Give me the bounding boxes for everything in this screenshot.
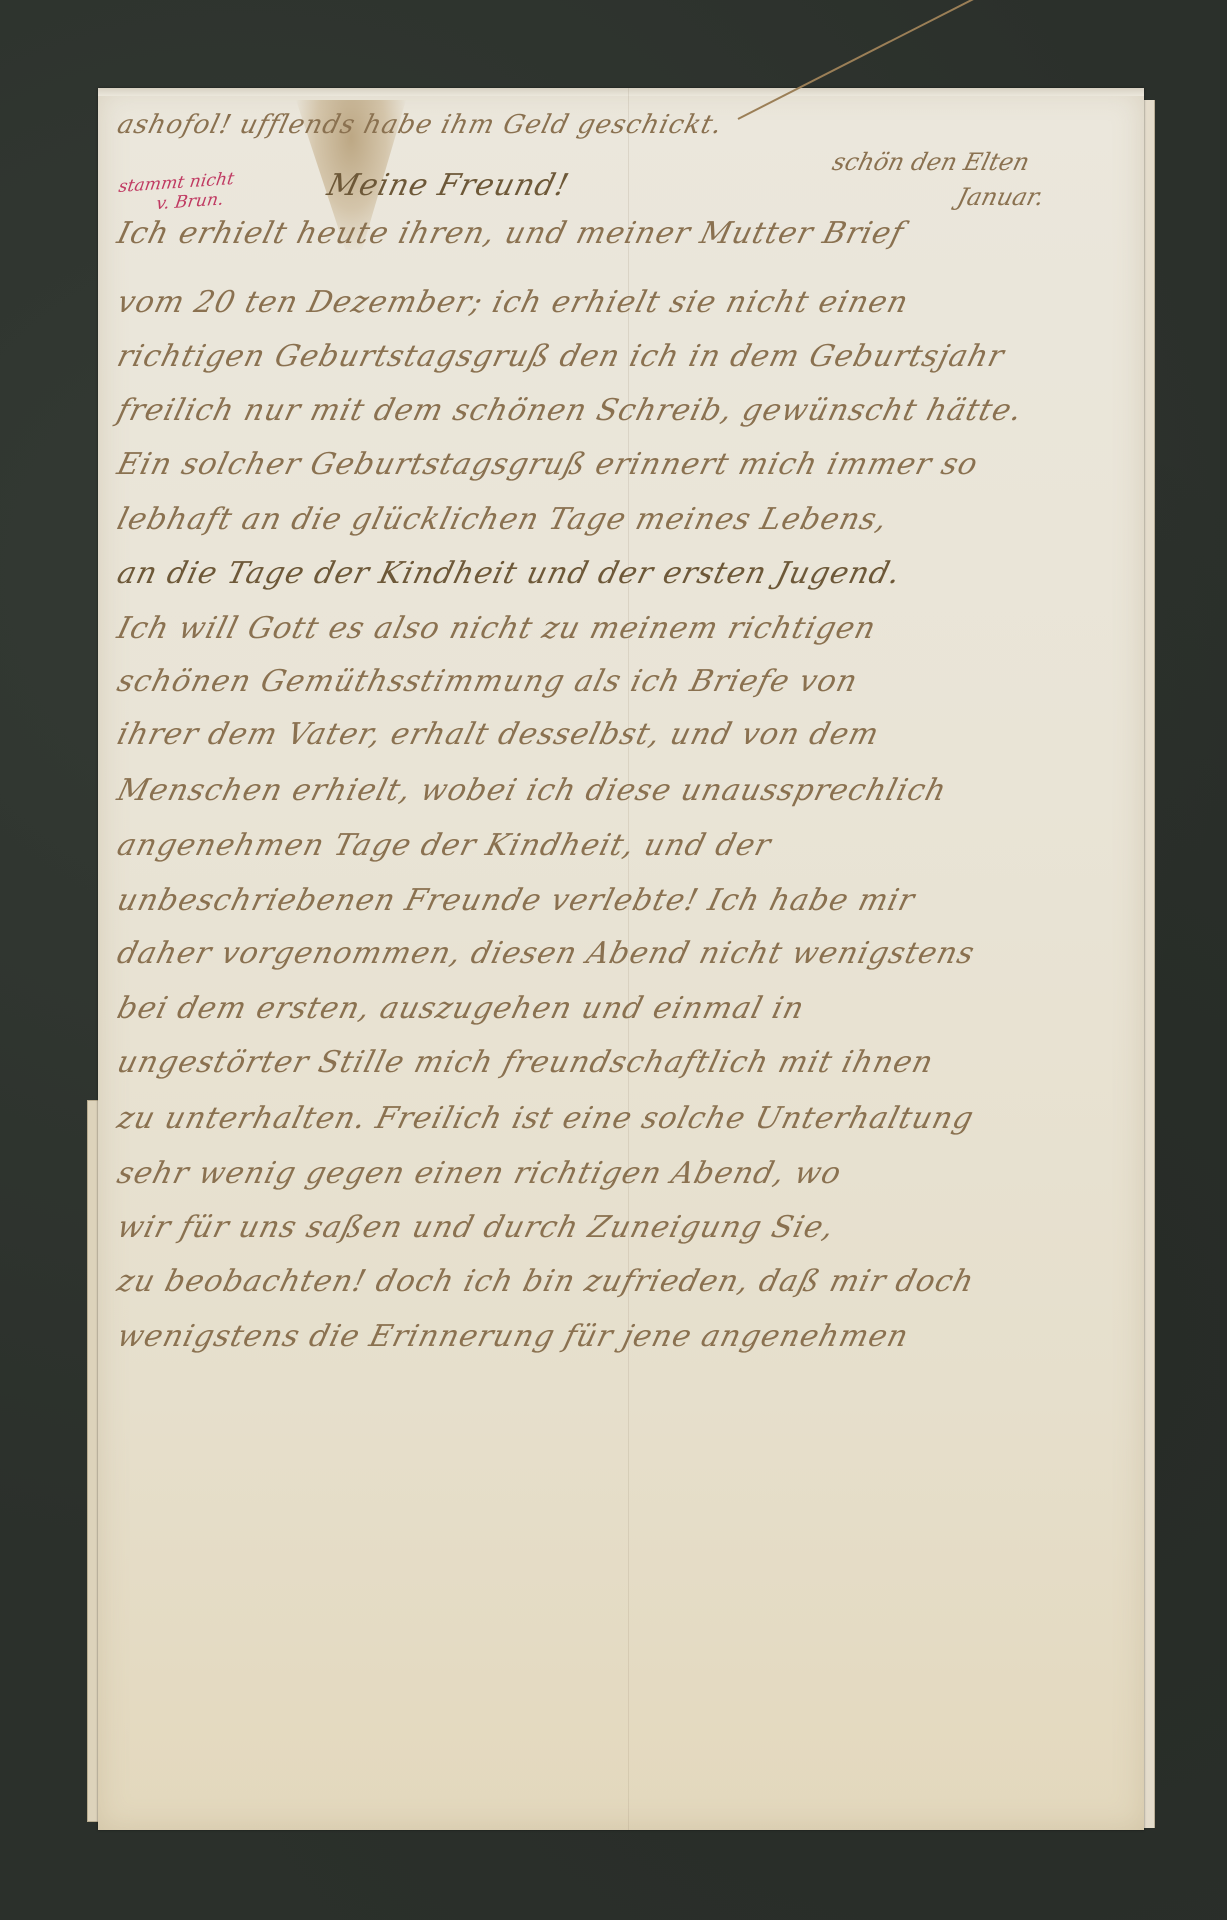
- letter-line: angenehmen Tage der Kindheit, und der: [114, 828, 775, 863]
- letter-line: richtigen Geburtstagsgruß den ich in dem…: [114, 339, 1009, 374]
- letter-line: Ich will Gott es also nicht zu meinem ri…: [114, 611, 880, 646]
- archival-annotation: stammt nicht v. Brun.: [114, 169, 235, 217]
- letter-line: schönen Gemüthsstimmung als ich Briefe v…: [114, 664, 862, 699]
- letter-line: wenigstens die Erinnerung für jene angen…: [114, 1319, 913, 1354]
- letter-line: unbeschriebenen Freunde verlebte! Ich ha…: [114, 883, 919, 918]
- letter-line: vom 20 ten Dezember; ich erhielt sie nic…: [114, 285, 913, 320]
- letter-line: wir für uns saßen und durch Zuneigung Si…: [114, 1210, 838, 1245]
- letter-line: sehr wenig gegen einen richtigen Abend, …: [114, 1156, 846, 1191]
- letter-line: Ich erhielt heute ihren, und meiner Mutt…: [114, 216, 908, 251]
- letter-line: ungestörter Stille mich freundschaftlich…: [114, 1045, 938, 1080]
- dateline-line-2: Januar.: [955, 183, 1048, 211]
- letter-line: daher vorgenommen, diesen Abend nicht we…: [114, 936, 979, 971]
- dateline-line-1: schön den Elten: [830, 148, 1033, 176]
- ink-stroke: [738, 0, 997, 120]
- letter-line: Ein solcher Geburtstagsgruß erinnert mic…: [114, 447, 982, 482]
- letter-line: an die Tage der Kindheit und der ersten …: [114, 556, 905, 591]
- letter-line: lebhaft an die glücklichen Tage meines L…: [114, 502, 892, 537]
- top-note: ashofol! ufflends habe ihm Geld geschick…: [114, 110, 726, 140]
- manuscript-page: ashofol! ufflends habe ihm Geld geschick…: [98, 88, 1144, 1830]
- letter-line: ihrer dem Vater, erhalt desselbst, und v…: [114, 717, 883, 752]
- salutation: Meine Freund!: [324, 168, 573, 203]
- letter-line: freilich nur mit dem schönen Schreib, ge…: [114, 393, 1027, 428]
- letter-line: Menschen erhielt, wobei ich diese unauss…: [114, 773, 951, 808]
- letter-line: bei dem ersten, auszugehen und einmal in: [114, 991, 809, 1026]
- letter-line: zu beobachten! doch ich bin zufrieden, d…: [114, 1264, 978, 1299]
- letter-line: zu unterhalten. Freilich ist eine solche…: [114, 1101, 978, 1136]
